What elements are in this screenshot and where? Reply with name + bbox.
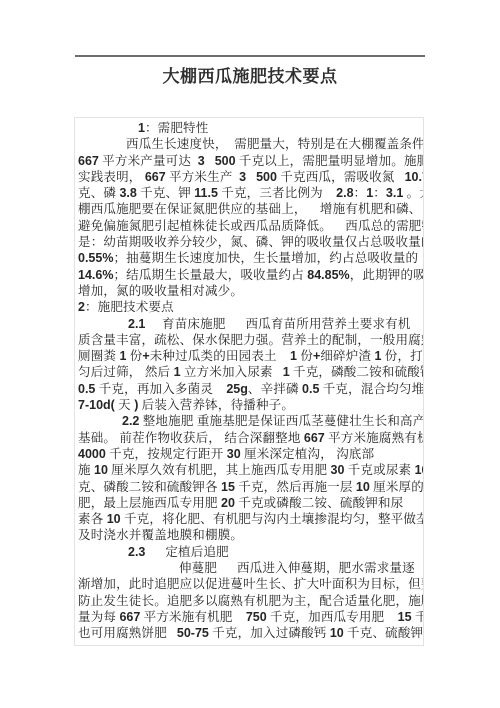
text-line: 量为每 667 平方米施有机肥 750 千克，加西瓜专用肥 15 千克， xyxy=(78,609,421,625)
text-line: 2.3 定植后追肥 xyxy=(78,544,421,560)
text-line: 伸蔓肥 西瓜进入伸蔓期，肥水需求量逐 xyxy=(78,560,421,576)
text-line: 7-10d( 天 ) 后装入营养钵，待播种子。 xyxy=(78,397,421,413)
text-line: 肥，最上层施西瓜专用肥 20 千克或磷酸二铵、硫酸钾和尿 xyxy=(78,495,421,511)
text-line: 西瓜生长速度快， 需肥量大，特别是在大棚覆盖条件下， xyxy=(78,136,421,152)
text-line: 增加，氮的吸收量相对减少。 xyxy=(78,283,421,299)
text-line: 防止发生徒长。追肥多以腐熟有机肥为主，配合适量化肥，施肥 xyxy=(78,593,421,609)
text-line: 避免偏施氮肥引起植株徒长或西瓜品质降低。 西瓜总的需肥特点 xyxy=(78,218,421,234)
text-line: 也可用腐熟饼肥 50-75 千克，加入过磷酸钙 10 千克、硫酸钾 10-12 xyxy=(78,625,421,641)
text-line: 是：幼苗期吸收养分较少，氮、磷、钾的吸收量仅占总吸收量的 xyxy=(78,234,421,250)
text-line: 素各 10 千克，将化肥、有机肥与沟内土壤掺混均匀，整平做垄， xyxy=(78,511,421,527)
text-line: 实践表明， 667 平方米生产 3 500 千克西瓜，需吸收氮 10.7 千 xyxy=(78,169,421,185)
text-line: 0.55%；抽蔓期生长速度加快，生长量增加，约占总吸收量的 xyxy=(78,250,421,266)
text-line: 施 10 厘米厚久效有机肥，其上施西瓜专用肥 30 千克或尿素 10 千 xyxy=(78,462,421,478)
document-title: 大棚西瓜施肥技术要点 xyxy=(75,62,425,87)
text-line: 4000 千克，按规定行距开 30 厘米深定植沟， 沟底部 xyxy=(78,446,421,462)
text-line: 棚西瓜施肥要在保证氮肥供应的基础上， 增施有机肥和磷、 钾肥， xyxy=(78,201,421,217)
text-line: 1：需肥特性 xyxy=(78,120,421,136)
title-divider xyxy=(75,55,425,57)
document-body: 1：需肥特性 西瓜生长速度快， 需肥量大，特别是在大棚覆盖条件下， 667 平方… xyxy=(74,117,424,646)
text-line: 克、磷酸二铵和硫酸钾各 15 千克，然后再施一层 10 厘米厚的有机 xyxy=(78,479,421,495)
text-line: 基础。 前茬作物收获后， 结合深翻整地 667 平方米施腐熟有机肥 xyxy=(78,430,421,446)
text-line: 14.6%；结瓜期生长量最大，吸收量约占 84.85%，此期钾的吸收量 xyxy=(78,267,421,283)
text-line: 0.5 千克，再加入多菌灵 25g、辛拌磷 0.5 千克，混合均匀堆闷 xyxy=(78,381,421,397)
text-line: 厕圈粪 1 份+未种过瓜类的田园表土 1 份+细碎炉渣 1 份，打碎混 xyxy=(78,348,421,364)
text-line: 克、磷 3.8 千克、钾 11.5 千克，三者比例为 2.8：1：3.1 。大 xyxy=(78,185,421,201)
text-line: 2：施肥技术要点 xyxy=(78,299,421,315)
text-line: 质含量丰富，疏松、保水保肥力强。营养土的配制，一般用腐熟 xyxy=(78,332,421,348)
text-line: 2.2 整地施肥 重施基肥是保证西瓜茎蔓健壮生长和高产的 xyxy=(78,413,421,429)
text-line: 及时浇水并覆盖地膜和棚膜。 xyxy=(78,527,421,543)
document-page: 大棚西瓜施肥技术要点 1：需肥特性 西瓜生长速度快， 需肥量大，特别是在大棚覆盖… xyxy=(0,0,500,708)
text-line: 渐增加，此时追肥应以促进蔓叶生长、扩大叶面积为目标，但要 xyxy=(78,576,421,592)
text-line: 2.1 育苗床施肥 西瓜育苗所用营养土要求有机 xyxy=(78,316,421,332)
text-line: 匀后过筛， 然后 1 立方米加入尿素 1 千克，磷酸二铵和硫酸钾各 xyxy=(78,364,421,380)
text-line: 667 平方米产量可达 3 500 千克以上，需肥量明显增加。施肥 xyxy=(78,153,421,169)
